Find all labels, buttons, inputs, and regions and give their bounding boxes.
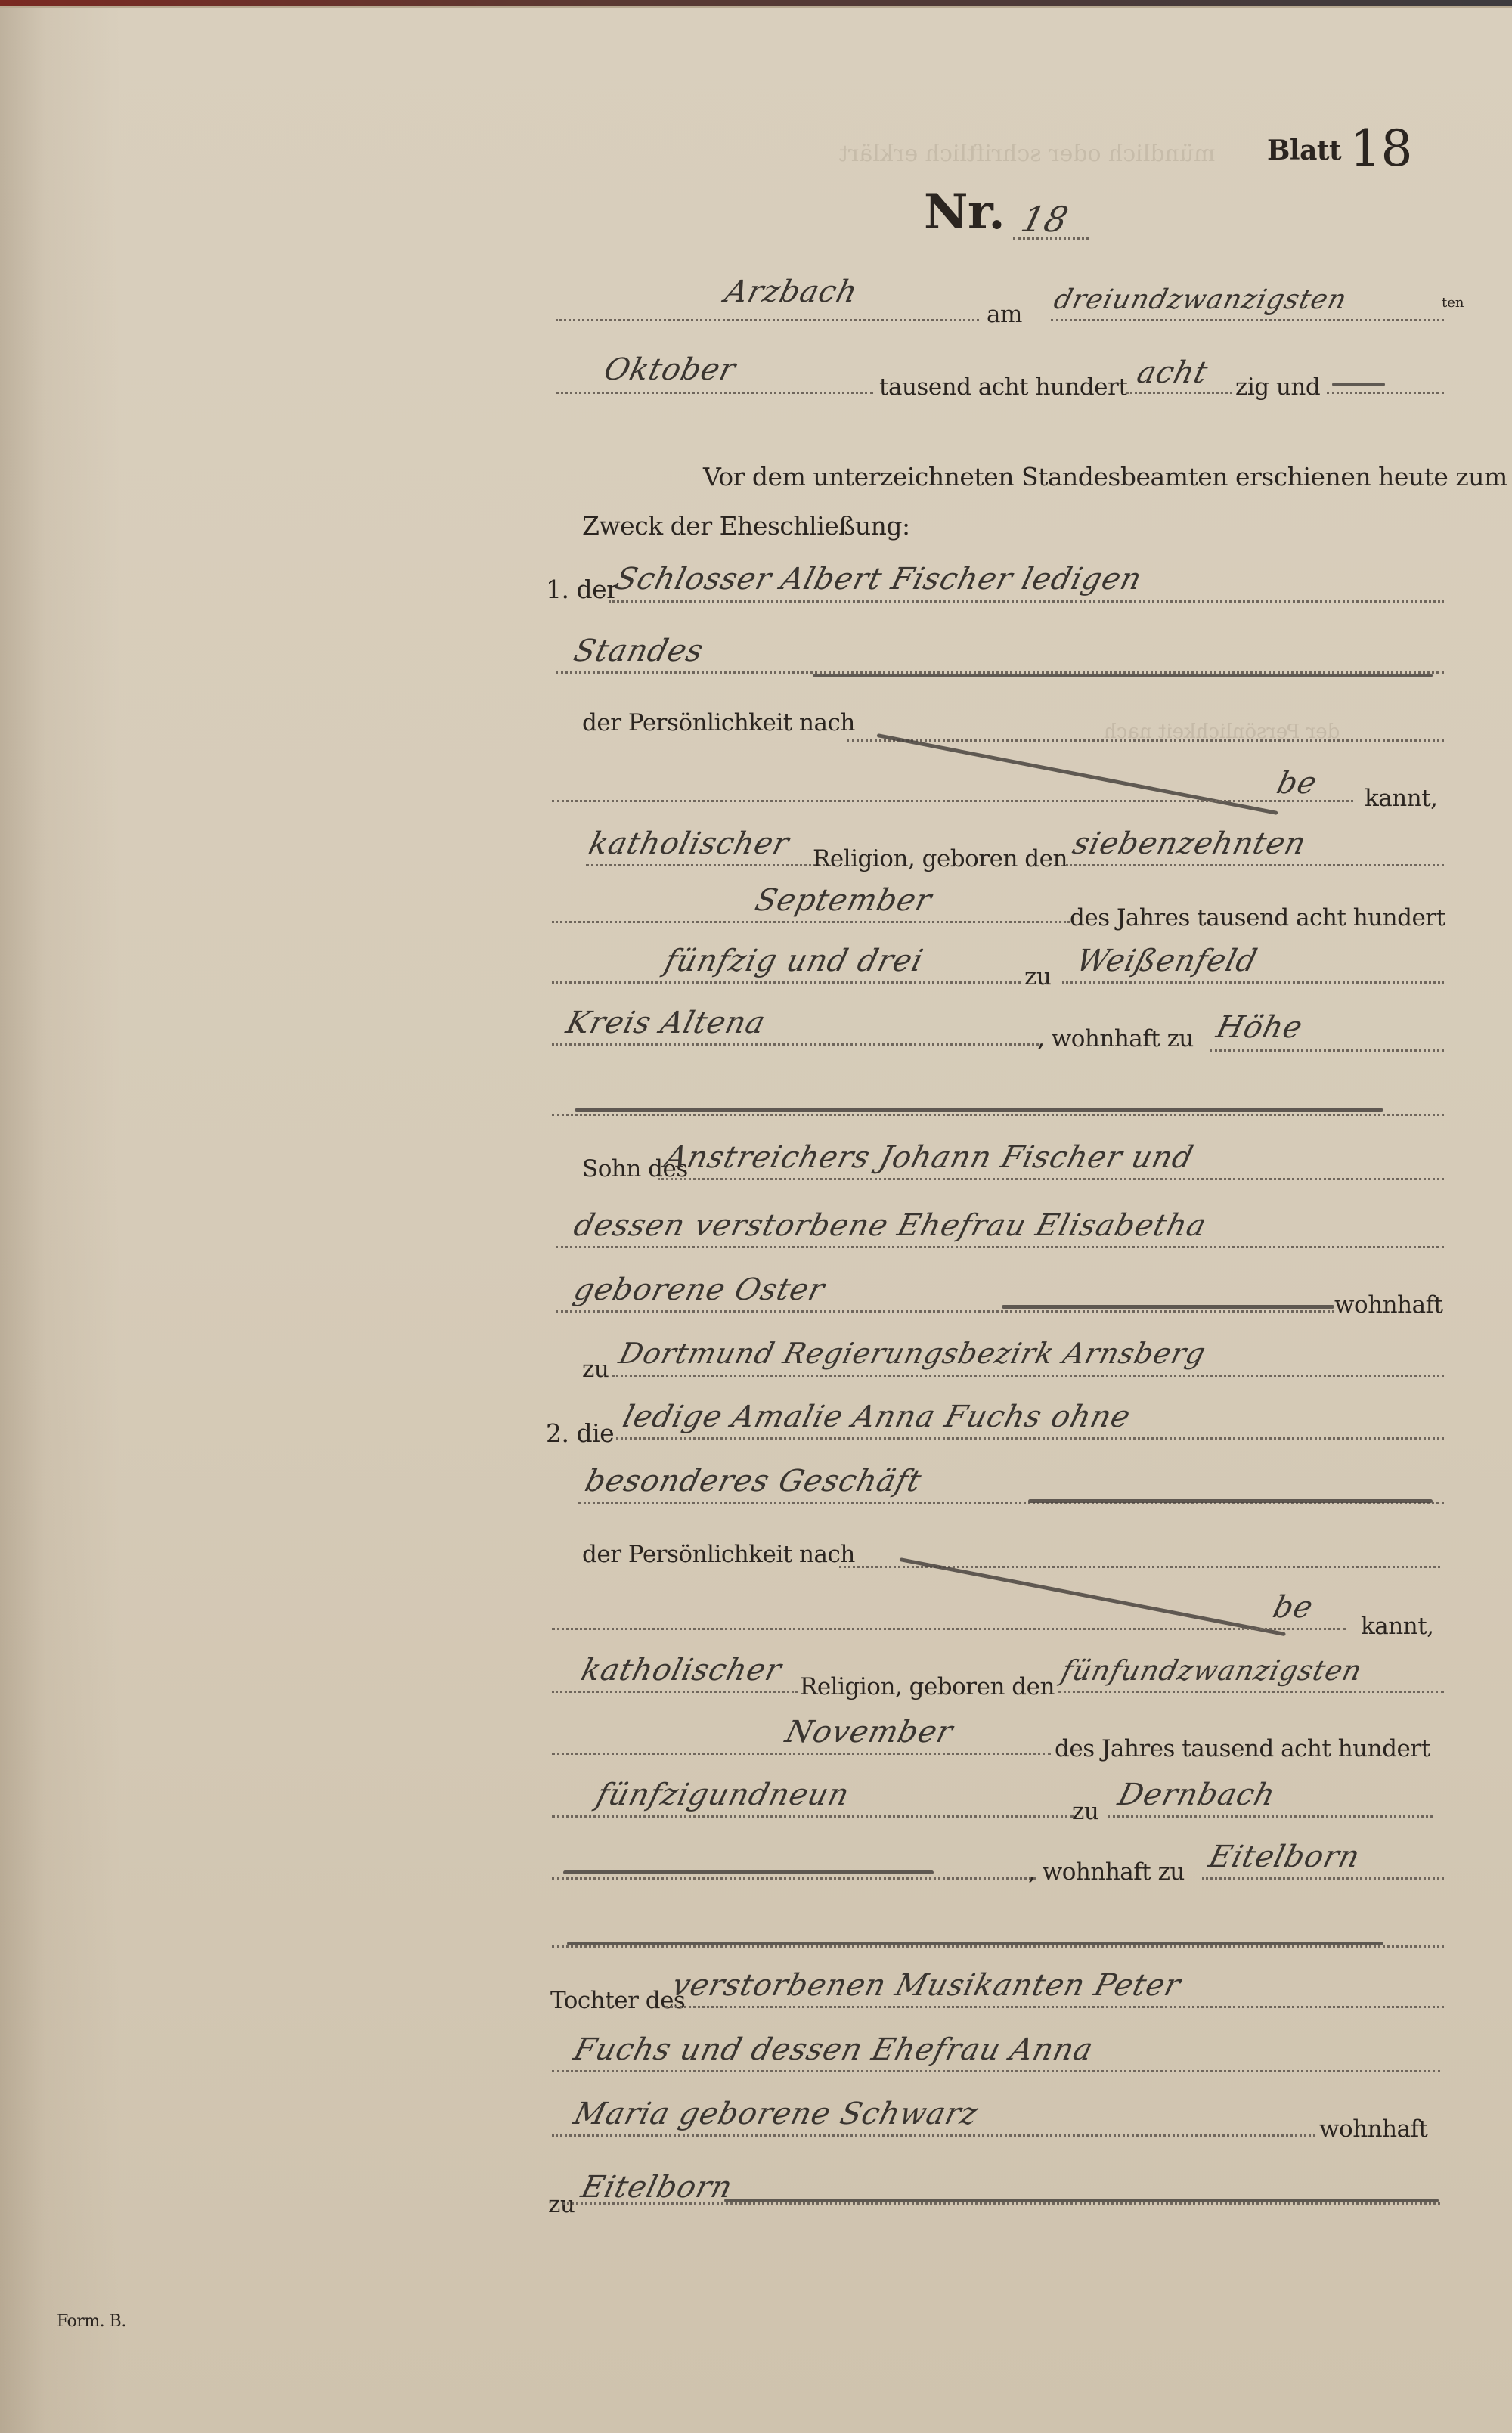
bride-bekannt-label: kannt, [1361, 1613, 1434, 1640]
groom-birth-year-line [552, 981, 1021, 984]
groom-parents-residence: Dortmund Regierungsbezirk Arnsberg [616, 1337, 1210, 1370]
bride-birth-month-line [552, 1753, 1051, 1755]
bride-residence-prefix-strike [563, 1870, 934, 1874]
blatt-label: Blatt [1267, 135, 1341, 166]
bride-birth-month: November [782, 1715, 956, 1750]
bride-parents-1: verstorbenen Musikanten Peter [668, 1968, 1185, 2003]
bride-parents-line-1 [665, 2006, 1444, 2008]
bride-status-name: ledige Amalie Anna Fuchs ohne [619, 1399, 1134, 1434]
groom-number-label: 1. der [546, 575, 618, 604]
groom-parents-wohnhaft-label: wohnhaft [1334, 1291, 1443, 1319]
groom-occupation-name: Schlosser Albert Fischer ledigen [612, 562, 1145, 597]
groom-jahres-label: des Jahres tausend acht hundert [1070, 904, 1445, 931]
groom-parents-1: Anstreichers Johann Fischer und [661, 1140, 1197, 1175]
nr-value: 18 [1017, 199, 1073, 240]
form-label: Form. B. [57, 2312, 126, 2331]
bride-zu-label: zu [1072, 1798, 1098, 1825]
groom-parents-3-strike [1002, 1305, 1334, 1309]
groom-standes: Standes [570, 634, 707, 668]
bride-parents-line-2 [552, 2070, 1440, 2072]
groom-birth-place: Weißenfeld [1073, 944, 1261, 978]
register-page: mündlich oder schriftlich erklärt der Pe… [0, 6, 1512, 2433]
groom-parents-zu-label: zu [582, 1356, 609, 1383]
bride-parents-residence-strike [724, 2199, 1439, 2202]
bride-wohnhaft-zu-label: , wohnhaft zu [1028, 1858, 1185, 1886]
bride-parents-zu-label: zu [548, 2191, 575, 2218]
groom-parents-2: dessen verstorbene Ehefrau Elisabetha [570, 1208, 1210, 1243]
groom-religion: katholischer [585, 826, 793, 861]
groom-kreis-line [552, 1043, 1043, 1046]
unit-strike [1332, 383, 1385, 386]
intro-line-1: Vor dem unterzeichneten Standesbeamten e… [703, 462, 1507, 491]
bride-birth-day-line [1058, 1691, 1444, 1693]
bride-line-1 [616, 1437, 1444, 1440]
bride-parents-line-3 [552, 2134, 1315, 2137]
bride-birth-place: Dernbach [1114, 1777, 1279, 1812]
bride-parents-2: Fuchs und dessen Ehefrau Anna [570, 2032, 1097, 2067]
bride-number-label: 2. die [546, 1418, 614, 1448]
groom-birth-place-2: Kreis Altena [562, 1006, 769, 1040]
bride-parents-wohnhaft-label: wohnhaft [1319, 2115, 1428, 2143]
bride-persoenlichkeit-strike [900, 1557, 1286, 1636]
day-field-line [1051, 319, 1444, 321]
groom-wohnhaft-zu-label: , wohnhaft zu [1037, 1025, 1194, 1052]
groom-bekannt-label: kannt, [1365, 785, 1438, 812]
nr-label: Nr. [924, 184, 1005, 240]
groom-line-2-strike [813, 674, 1433, 677]
groom-birth-place-line [1062, 981, 1444, 984]
groom-parents-residence-line [612, 1375, 1444, 1377]
groom-zu-label: zu [1024, 963, 1051, 990]
groom-parents-line-3 [556, 1310, 1334, 1313]
groom-birth-month: September [751, 883, 935, 918]
intro-line-2: Zweck der Eheschließung: [582, 511, 910, 541]
bleed-through-text: mündlich oder schriftlich erklärt [839, 141, 1216, 167]
bride-parents-residence: Eitelborn [578, 2170, 736, 2205]
groom-birth-year: fünfzig und drei [661, 944, 927, 978]
place-value: Arzbach [721, 274, 861, 309]
groom-birth-month-line [552, 921, 1070, 923]
year-prefix-label: tausend acht hundert [879, 373, 1127, 401]
bride-residence-line [1202, 1877, 1444, 1880]
groom-line-1 [609, 600, 1444, 603]
decade-value: acht [1133, 355, 1212, 390]
month-value: Oktober [600, 352, 739, 387]
bride-religion: katholischer [578, 1653, 785, 1688]
bride-parents-label: Tochter des [550, 1987, 685, 2014]
bride-religion-line [552, 1691, 798, 1693]
unit-field-line [1327, 392, 1444, 394]
bride-birth-day: fünfundzwanzigsten [1058, 1654, 1366, 1687]
bride-religion-label: Religion, geboren den [800, 1673, 1055, 1700]
bride-line-2-strike [1028, 1499, 1433, 1503]
bride-birth-place-line [1108, 1815, 1433, 1818]
zig-und-label: zig und [1235, 373, 1320, 401]
bride-birth-year-line [552, 1815, 1074, 1818]
groom-parents-3: geborene Oster [570, 1272, 829, 1307]
bride-parents-3: Maria geborene Schwarz [570, 2097, 982, 2131]
groom-persoenlichkeit-strike [877, 733, 1278, 815]
bride-jahres-label: des Jahres tausend acht hundert [1055, 1735, 1430, 1762]
groom-persoenlichkeit-line [847, 739, 1444, 742]
bride-residence: Eitelborn [1205, 1839, 1364, 1874]
groom-birth-day: siebenzehnten [1069, 826, 1309, 861]
groom-extra-line [552, 1114, 1444, 1116]
page-top-edge [0, 6, 1512, 8]
groom-residence: Höhe [1213, 1010, 1306, 1045]
bride-extra-strike [567, 1942, 1383, 1945]
groom-bekannt-line [552, 800, 1353, 802]
groom-parents-line-1 [658, 1178, 1444, 1180]
bride-birth-year: fünfzigundneun [593, 1777, 853, 1812]
place-field-line [556, 319, 979, 321]
book-binding-edge [0, 0, 1512, 6]
groom-parents-line-2 [556, 1246, 1444, 1248]
bride-persoenlichkeit-label: der Persönlichkeit nach [582, 1541, 855, 1568]
am-label: am [987, 301, 1022, 328]
month-field-line [556, 392, 873, 394]
bride-residence-prefix-line [552, 1877, 1036, 1880]
bride-bekannt-hand: be [1269, 1590, 1317, 1625]
bride-occupation: besonderes Geschäft [581, 1464, 925, 1499]
groom-persoenlichkeit-label: der Persönlichkeit nach [582, 709, 855, 736]
decade-field-line [1126, 392, 1232, 394]
groom-bekannt-hand: be [1273, 766, 1321, 801]
groom-religion-line [586, 864, 835, 866]
groom-religion-label: Religion, geboren den [813, 845, 1067, 872]
groom-birth-day-line [1066, 864, 1444, 866]
bride-extra-line [552, 1945, 1444, 1948]
groom-residence-line [1210, 1049, 1444, 1052]
bride-bekannt-line [552, 1628, 1346, 1630]
groom-extra-strike [575, 1108, 1383, 1112]
day-suffix: ten [1442, 295, 1464, 311]
day-value: dreiundzwanzigsten [1051, 284, 1350, 315]
blatt-number: 18 [1349, 119, 1412, 178]
